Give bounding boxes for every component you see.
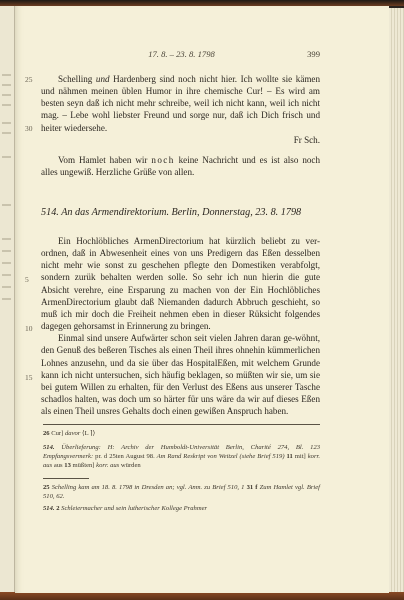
- variant-note: 26 Cur] davor ⟨L ⌉⟩: [43, 429, 320, 438]
- footnote-divider: [43, 424, 320, 425]
- postscript: Vom Hamlet haben wir noch keine Nachrich…: [41, 154, 320, 178]
- transmission-note: 514. Überlieferung: H: Archiv der Humbol…: [43, 443, 320, 470]
- commentary-divider: [43, 478, 89, 479]
- paragraph: Einmal sind unsere Aufwärter schon seit …: [41, 332, 320, 417]
- line-number: 15: [25, 373, 33, 382]
- letter-heading: 514. An das Armendirektorium. Berlin, Do…: [41, 207, 331, 218]
- line-number: 10: [25, 324, 33, 333]
- commentary-note: 25 Schelling kam am 18. 8. 1798 in Dresd…: [43, 483, 320, 501]
- letter-514-body: Ein Hochlöbliches ArmenDirectorium hat k…: [41, 235, 320, 417]
- running-head: 17. 8. – 23. 8. 1798: [43, 49, 320, 59]
- paragraph: Ein Hochlöbliches ArmenDirectorium hat k…: [41, 235, 320, 332]
- paragraph: Schelling und Hardenberg sind noch nicht…: [41, 73, 320, 134]
- page-number: 399: [300, 49, 320, 59]
- page-stack-edges: [389, 8, 404, 592]
- book-bottom-edge: [0, 592, 404, 600]
- previous-page-edge: [0, 6, 15, 594]
- previous-letter-end: Schelling und Hardenberg sind noch nicht…: [41, 73, 320, 178]
- line-number: 25: [25, 75, 33, 84]
- commentary-note: 514. 2 Schleiermacher und sein lutherisc…: [43, 504, 320, 513]
- line-number: 5: [25, 275, 29, 284]
- line-number: 30: [25, 124, 33, 133]
- signature: Fr Sch.: [41, 134, 320, 146]
